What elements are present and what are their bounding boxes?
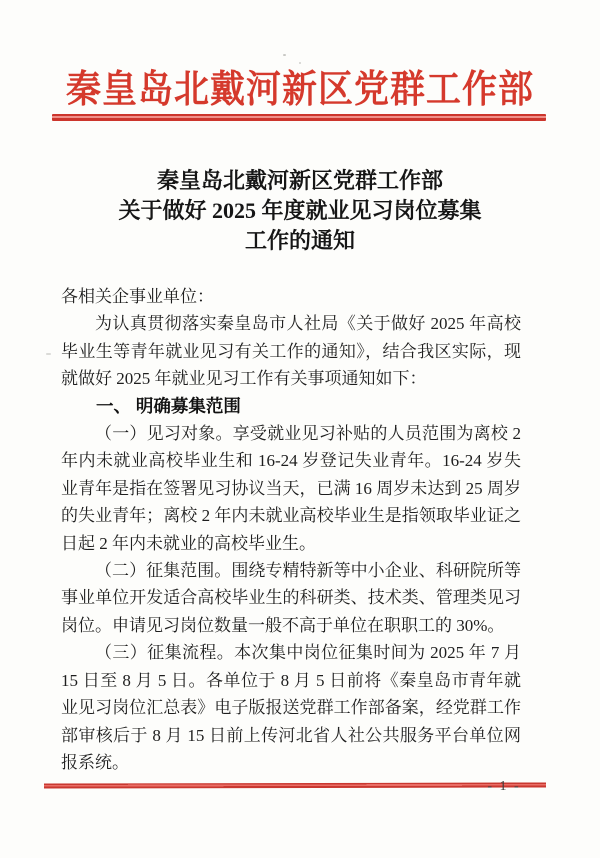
document-title-line-1: 秦皇岛北戴河新区党群工作部 xyxy=(0,166,600,196)
scan-speck xyxy=(283,54,286,56)
page-number: - 1 - xyxy=(482,779,526,795)
intro-paragraph: 为认真贯彻落实秦皇岛市人社局《关于做好 2025 年高校毕业生等青年就业见习有关… xyxy=(61,310,521,392)
document-title: 秦皇岛北戴河新区党群工作部 关于做好 2025 年度就业见习岗位募集 工作的通知 xyxy=(0,166,600,256)
paragraph-collection-process: （三）征集流程。本次集中岗位征集时间为 2025 年 7 月 15 日至 8 月… xyxy=(61,639,521,776)
paragraph-collection-scope: （二）征集范围。围绕专精特新等中小企业、科研院所等事业单位开发适合高校毕业生的科… xyxy=(61,557,521,639)
footer-rule xyxy=(44,782,546,788)
paragraph-internship-targets: （一）见习对象。享受就业见习补贴的人员范围为离校 2 年内未就业高校毕业生和 1… xyxy=(61,420,521,557)
letterhead-rule xyxy=(52,114,546,121)
document-title-line-2: 关于做好 2025 年度就业见习岗位募集 xyxy=(0,196,600,226)
section-heading: 一、 明确募集范围 xyxy=(61,393,521,420)
document-body: 各相关企事业单位： 为认真贯彻落实秦皇岛市人社局《关于做好 2025 年高校毕业… xyxy=(61,283,521,776)
letterhead-title: 秦皇岛北戴河新区党群工作部 xyxy=(0,60,600,114)
salutation: 各相关企事业单位： xyxy=(61,283,521,310)
document-title-line-3: 工作的通知 xyxy=(0,226,600,256)
document-page: 秦皇岛北戴河新区党群工作部 秦皇岛北戴河新区党群工作部 关于做好 2025 年度… xyxy=(0,0,600,858)
scan-speck xyxy=(46,353,51,355)
